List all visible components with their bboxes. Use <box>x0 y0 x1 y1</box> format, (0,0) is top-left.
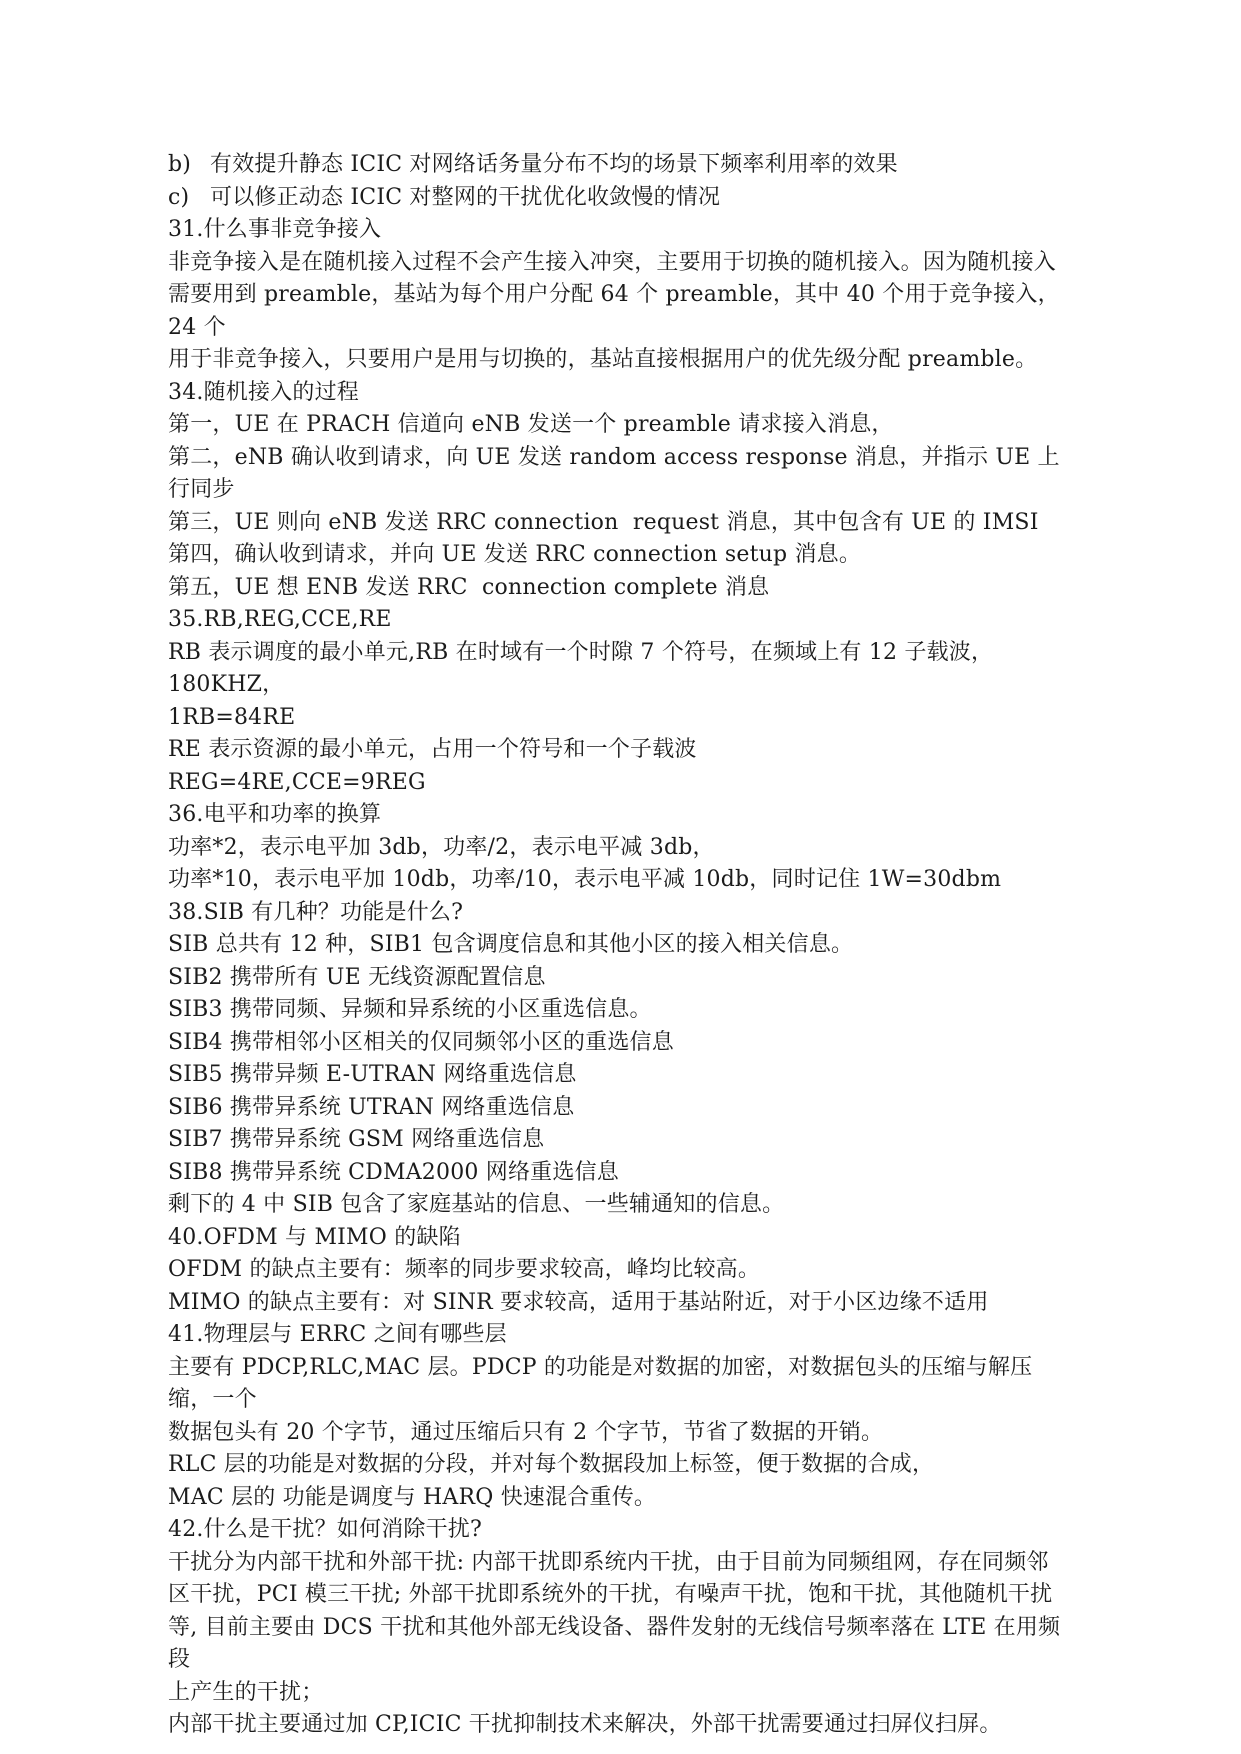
line-text: 42.什么是干扰？如何消除干扰? <box>168 1517 482 1542</box>
text-line: MIMO 的缺点主要有：对 SINR 要求较高，适用于基站附近，对于小区边缘不适… <box>168 1287 1074 1320</box>
text-line: 功率*10，表示电平加 10db，功率/10，表示电平减 10db，同时记住 1… <box>168 864 1074 897</box>
text-line: 上产生的干扰； <box>168 1677 1074 1710</box>
line-text: 第四，确认收到请求，并向 UE 发送 RRC connection setup … <box>168 542 861 567</box>
text-line: 40.OFDM 与 MIMO 的缺陷 <box>168 1222 1074 1255</box>
line-text: 主要有 PDCP,RLC,MAC 层。PDCP 的功能是对数据的加密，对数据包头… <box>168 1355 1032 1413</box>
text-line: RLC 层的功能是对数据的分段，并对每个数据段加上标签，便于数据的合成， <box>168 1449 1074 1482</box>
line-text: 36.电平和功率的换算 <box>168 802 381 827</box>
text-line: 主要有 PDCP,RLC,MAC 层。PDCP 的功能是对数据的加密，对数据包头… <box>168 1352 1074 1417</box>
line-text: 等, 目前主要由 DCS 干扰和其他外部无线设备、器件发射的无线信号频率落在 L… <box>168 1615 1060 1673</box>
text-line: REG=4RE,CCE=9REG <box>168 767 1074 800</box>
line-text: 功率*10，表示电平加 10db，功率/10，表示电平减 10db，同时记住 1… <box>168 867 1001 892</box>
line-text: SIB5 携带异频 E-UTRAN 网络重选信息 <box>168 1062 577 1087</box>
text-line: 第五，UE 想 ENB 发送 RRC connection complete 消… <box>168 572 1074 605</box>
text-line: b)有效提升静态 ICIC 对网络话务量分布不均的场景下频率利用率的效果 <box>168 149 1074 182</box>
text-line: SIB4 携带相邻小区相关的仅同频邻小区的重选信息 <box>168 1027 1074 1060</box>
line-text: 区干扰，PCI 模三干扰; 外部干扰即系统外的干扰，有噪声干扰，饱和干扰，其他随… <box>168 1582 1052 1607</box>
text-line: 剩下的 4 中 SIB 包含了家庭基站的信息、一些辅通知的信息。 <box>168 1189 1074 1222</box>
line-text: SIB6 携带异系统 UTRAN 网络重选信息 <box>168 1095 574 1120</box>
text-line: MAC 层的 功能是调度与 HARQ 快速混合重传。 <box>168 1482 1074 1515</box>
text-line: SIB5 携带异频 E-UTRAN 网络重选信息 <box>168 1059 1074 1092</box>
line-text: 用于非竞争接入，只要用户是用与切换的，基站直接根据用户的优先级分配 preamb… <box>168 347 1037 372</box>
line-text: 1RB=84RE <box>168 705 295 730</box>
text-line: OFDM 的缺点主要有：频率的同步要求较高，峰均比较高。 <box>168 1254 1074 1287</box>
line-text: RLC 层的功能是对数据的分段，并对每个数据段加上标签，便于数据的合成， <box>168 1452 934 1477</box>
line-text: MIMO 的缺点主要有：对 SINR 要求较高，适用于基站附近，对于小区边缘不适… <box>168 1290 989 1315</box>
line-text: 第五，UE 想 ENB 发送 RRC connection complete 消… <box>168 575 769 600</box>
text-line: 第二，eNB 确认收到请求，向 UE 发送 random access resp… <box>168 442 1074 507</box>
text-line: SIB 总共有 12 种，SIB1 包含调度信息和其他小区的接入相关信息。 <box>168 929 1074 962</box>
list-marker: b) <box>168 149 210 182</box>
line-text: 功率*2，表示电平加 3db，功率/2，表示电平减 3db， <box>168 835 715 860</box>
line-text: SIB8 携带异系统 CDMA2000 网络重选信息 <box>168 1160 619 1185</box>
text-line: 第四，确认收到请求，并向 UE 发送 RRC connection setup … <box>168 539 1074 572</box>
line-text: 内部干扰主要通过加 CP,ICIC 干扰抑制技术来解决，外部干扰需要通过扫屏仪扫… <box>168 1712 1002 1737</box>
line-text: 有效提升静态 ICIC 对网络话务量分布不均的场景下频率利用率的效果 <box>210 152 898 177</box>
text-line: 等, 目前主要由 DCS 干扰和其他外部无线设备、器件发射的无线信号频率落在 L… <box>168 1612 1074 1677</box>
text-line: 需要用到 preamble，基站为每个用户分配 64 个 preamble，其中… <box>168 279 1074 344</box>
text-line: 功率*2，表示电平加 3db，功率/2，表示电平减 3db， <box>168 832 1074 865</box>
line-text: SIB4 携带相邻小区相关的仅同频邻小区的重选信息 <box>168 1030 674 1055</box>
text-line: 35.RB,REG,CCE,RE <box>168 604 1074 637</box>
line-text: 40.OFDM 与 MIMO 的缺陷 <box>168 1225 461 1250</box>
text-line: 42.什么是干扰？如何消除干扰? <box>168 1514 1074 1547</box>
line-text: 31.什么事非竞争接入 <box>168 217 381 242</box>
text-line: SIB2 携带所有 UE 无线资源配置信息 <box>168 962 1074 995</box>
text-line: 41.物理层与 ERRC 之间有哪些层 <box>168 1319 1074 1352</box>
line-text: 第二，eNB 确认收到请求，向 UE 发送 random access resp… <box>168 445 1060 503</box>
text-line: 用于非竞争接入，只要用户是用与切换的，基站直接根据用户的优先级分配 preamb… <box>168 344 1074 377</box>
text-line: 区干扰，PCI 模三干扰; 外部干扰即系统外的干扰，有噪声干扰，饱和干扰，其他随… <box>168 1579 1074 1612</box>
text-line: 数据包头有 20 个字节，通过压缩后只有 2 个字节，节省了数据的开销。 <box>168 1417 1074 1450</box>
line-text: 干扰分为内部干扰和外部干扰: 内部干扰即系统内干扰，由于目前为同频组网，存在同频… <box>168 1550 1049 1575</box>
line-text: OFDM 的缺点主要有：频率的同步要求较高，峰均比较高。 <box>168 1257 760 1282</box>
line-text: 上产生的干扰； <box>168 1680 323 1705</box>
text-line: 1RB=84RE <box>168 702 1074 735</box>
text-line: c)可以修正动态 ICIC 对整网的干扰优化收敛慢的情况 <box>168 182 1074 215</box>
text-line: SIB6 携带异系统 UTRAN 网络重选信息 <box>168 1092 1074 1125</box>
text-line: SIB7 携带异系统 GSM 网络重选信息 <box>168 1124 1074 1157</box>
text-line: RE 表示资源的最小单元，占用一个符号和一个子载波 <box>168 734 1074 767</box>
line-text: 35.RB,REG,CCE,RE <box>168 607 392 632</box>
line-text: SIB3 携带同频、异频和异系统的小区重选信息。 <box>168 997 652 1022</box>
line-text: SIB7 携带异系统 GSM 网络重选信息 <box>168 1127 544 1152</box>
line-text: 可以修正动态 ICIC 对整网的干扰优化收敛慢的情况 <box>210 185 720 210</box>
line-text: 剩下的 4 中 SIB 包含了家庭基站的信息、一些辅通知的信息。 <box>168 1192 784 1217</box>
line-text: 第一，UE 在 PRACH 信道向 eNB 发送一个 preamble 请求接入… <box>168 412 894 437</box>
line-text: REG=4RE,CCE=9REG <box>168 770 426 795</box>
text-line: 非竞争接入是在随机接入过程不会产生接入冲突，主要用于切换的随机接入。因为随机接入 <box>168 247 1074 280</box>
line-text: RE 表示资源的最小单元，占用一个符号和一个子载波 <box>168 737 697 762</box>
line-text: RB 表示调度的最小单元,RB 在时域有一个时隙 7 个符号，在频域上有 12 … <box>168 640 993 698</box>
line-text: 需要用到 preamble，基站为每个用户分配 64 个 preamble，其中… <box>168 282 1060 340</box>
list-marker: c) <box>168 182 210 215</box>
text-line: SIB3 携带同频、异频和异系统的小区重选信息。 <box>168 994 1074 1027</box>
line-text: 34.随机接入的过程 <box>168 380 359 405</box>
text-line: 第一，UE 在 PRACH 信道向 eNB 发送一个 preamble 请求接入… <box>168 409 1074 442</box>
document-body: b)有效提升静态 ICIC 对网络话务量分布不均的场景下频率利用率的效果c)可以… <box>168 149 1074 1742</box>
text-line: 第三，UE 则向 eNB 发送 RRC connection request 消… <box>168 507 1074 540</box>
text-line: 34.随机接入的过程 <box>168 377 1074 410</box>
text-line: 31.什么事非竞争接入 <box>168 214 1074 247</box>
document-page: b)有效提升静态 ICIC 对网络话务量分布不均的场景下频率利用率的效果c)可以… <box>0 0 1241 1754</box>
text-line: SIB8 携带异系统 CDMA2000 网络重选信息 <box>168 1157 1074 1190</box>
text-line: 38.SIB 有几种？功能是什么? <box>168 897 1074 930</box>
line-text: 第三，UE 则向 eNB 发送 RRC connection request 消… <box>168 510 1039 535</box>
text-line: RB 表示调度的最小单元,RB 在时域有一个时隙 7 个符号，在频域上有 12 … <box>168 637 1074 702</box>
line-text: 38.SIB 有几种？功能是什么? <box>168 900 463 925</box>
line-text: SIB2 携带所有 UE 无线资源配置信息 <box>168 965 546 990</box>
text-line: 干扰分为内部干扰和外部干扰: 内部干扰即系统内干扰，由于目前为同频组网，存在同频… <box>168 1547 1074 1580</box>
line-text: 非竞争接入是在随机接入过程不会产生接入冲突，主要用于切换的随机接入。因为随机接入 <box>168 250 1056 275</box>
line-text: 数据包头有 20 个字节，通过压缩后只有 2 个字节，节省了数据的开销。 <box>168 1420 883 1445</box>
line-text: SIB 总共有 12 种，SIB1 包含调度信息和其他小区的接入相关信息。 <box>168 932 853 957</box>
line-text: MAC 层的 功能是调度与 HARQ 快速混合重传。 <box>168 1485 656 1510</box>
text-line: 内部干扰主要通过加 CP,ICIC 干扰抑制技术来解决，外部干扰需要通过扫屏仪扫… <box>168 1709 1074 1742</box>
text-line: 36.电平和功率的换算 <box>168 799 1074 832</box>
line-text: 41.物理层与 ERRC 之间有哪些层 <box>168 1322 507 1347</box>
